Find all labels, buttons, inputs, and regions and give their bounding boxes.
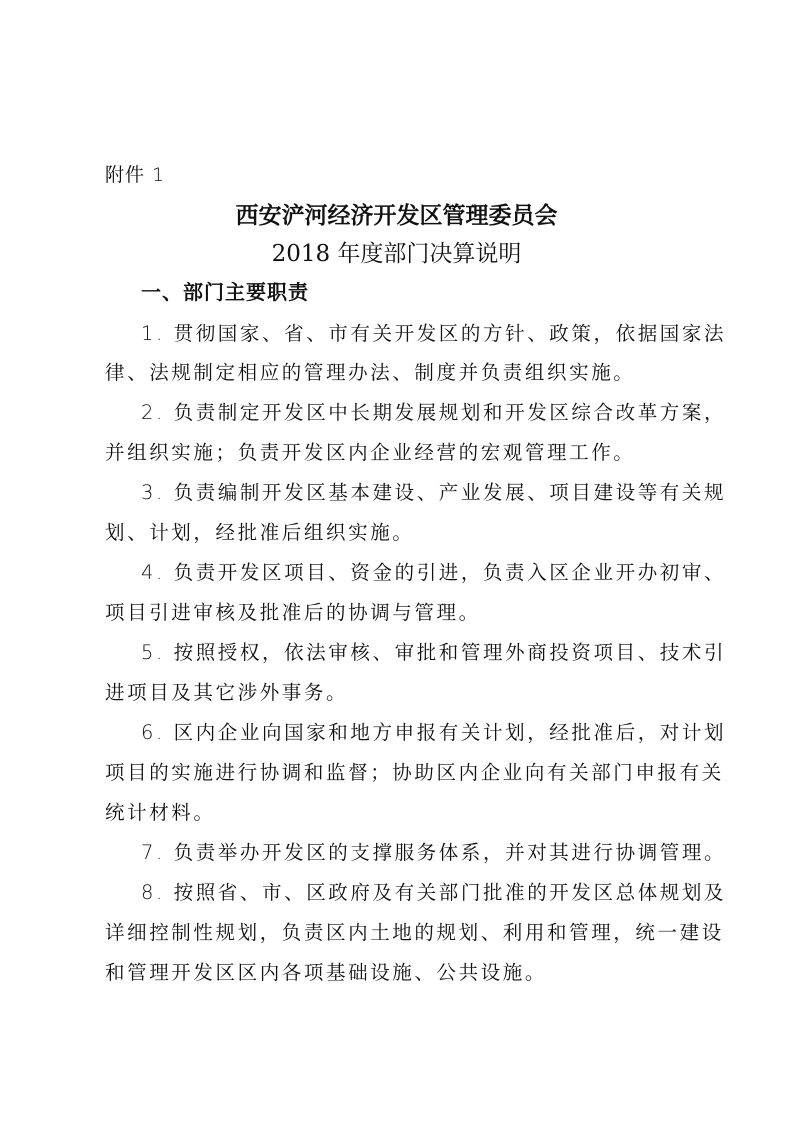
document-subtitle: 2018 年度部门决算说明 — [0, 235, 793, 268]
paragraph-line: 并组织实施；负责开发区内企业经营的宏观管理工作。 — [105, 437, 635, 465]
paragraph-line: 2. 负责制定开发区中长期发展规划和开发区综合改革方案， — [141, 397, 726, 425]
document-title: 西安浐河经济开发区管理委员会 — [0, 197, 793, 230]
paragraph-line: 进项目及其它涉外事务。 — [105, 677, 348, 705]
paragraph-line: 6. 区内企业向国家和地方申报有关计划，经批准后，对计划 — [141, 717, 726, 745]
paragraph-line: 律、法规制定相应的管理办法、制度并负责组织实施。 — [105, 357, 635, 385]
paragraph-line: 详细控制性规划，负责区内土地的规划、利用和管理，统一建设 — [105, 917, 724, 945]
paragraph-line: 项目的实施进行协调和监督；协助区内企业向有关部门申报有关 — [105, 757, 724, 785]
paragraph-line: 7. 负责举办开发区的支撑服务体系，并对其进行协调管理。 — [141, 837, 726, 865]
paragraph-line: 和管理开发区区内各项基础设施、公共设施。 — [105, 957, 547, 985]
paragraph-line: 项目引进审核及批准后的协调与管理。 — [105, 597, 481, 625]
paragraph-line: 1. 贯彻国家、省、市有关开发区的方针、政策，依据国家法 — [141, 318, 726, 346]
document-page: 附件 1 西安浐河经济开发区管理委员会 2018 年度部门决算说明 一、部门主要… — [0, 0, 793, 1122]
section-heading: 一、部门主要职责 — [141, 276, 309, 305]
paragraph-line: 4. 负责开发区项目、资金的引进，负责入区企业开办初审、 — [141, 557, 726, 585]
paragraph-line: 3. 负责编制开发区基本建设、产业发展、项目建设等有关规 — [141, 477, 726, 505]
paragraph-line: 划、计划，经批准后组织实施。 — [105, 517, 414, 545]
paragraph-line: 统计材料。 — [105, 797, 216, 825]
paragraph-line: 8. 按照省、市、区政府及有关部门批准的开发区总体规划及 — [141, 877, 726, 905]
attachment-label: 附件 1 — [105, 160, 165, 187]
paragraph-line: 5. 按照授权，依法审核、审批和管理外商投资项目、技术引 — [141, 637, 726, 665]
